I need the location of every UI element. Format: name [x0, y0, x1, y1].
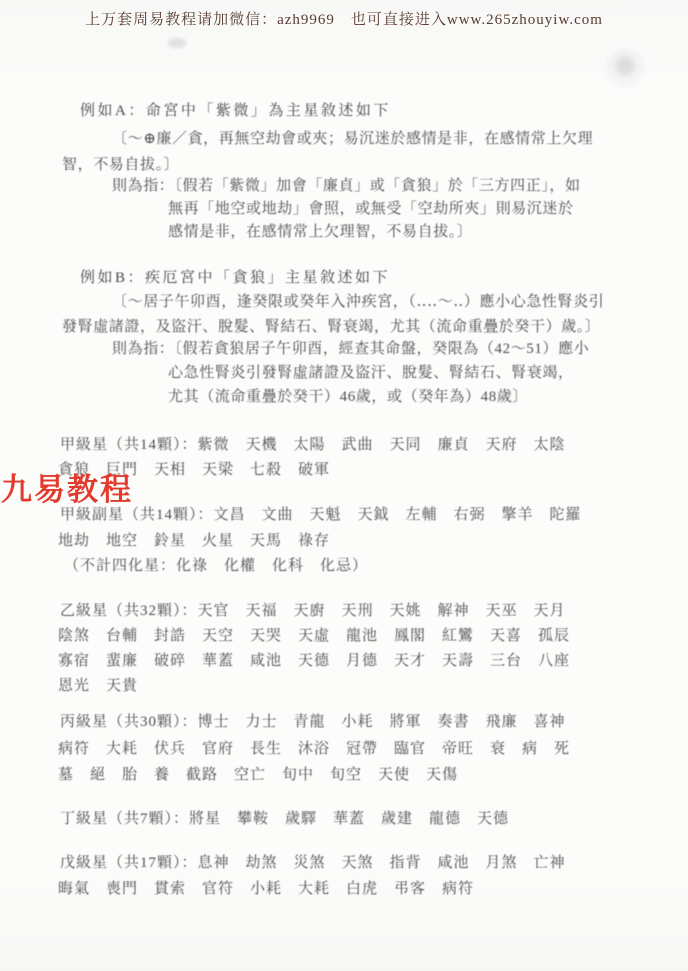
- section-b-quote-line: 發腎虛諸證，及盜汗、脫髮、腎結石、腎衰竭，尤其（流命重疊於癸干）歲。〕: [62, 315, 601, 336]
- star-section-label: 乙級星（共32顆）：: [60, 603, 198, 619]
- section-a-quote-line: 智，不易自拔。〕: [62, 153, 179, 174]
- star-list-bing-line: 病符 大耗 伏兵 官府 長生 沐浴 冠帶 臨官 帝旺 衰 病 死: [58, 737, 570, 758]
- star-list-jiafu-line: 地劫 地空 鈴星 火星 天馬 祿存: [58, 529, 330, 550]
- star-list: 息神 劫煞 災煞 天煞 指背 咸池 月煞 亡神: [198, 855, 566, 871]
- star-list-bing-line: 墓 絕 胎 養 截路 空亡 旬中 旬空 天使 天傷: [58, 763, 458, 784]
- star-list: 將星 攀鞍 歲驛 華蓋 歲建 龍德 天德: [189, 811, 509, 827]
- star-section-label: 丙級星（共30顆）：: [60, 714, 198, 730]
- section-a-heading: 例如A：命宮中「紫微」為主星敘述如下: [80, 99, 391, 120]
- section-b-heading: 例如B：疾厄宮中「貪狼」主星敘述如下: [80, 266, 390, 287]
- star-list-ding-line: 丁級星（共7顆）：將星 攀鞍 歲驛 華蓋 歲建 龍德 天德: [60, 807, 509, 828]
- section-a-explain-line: 感情是非，在感情常上欠理智，不易自拔。〕: [168, 220, 473, 241]
- star-list: 博士 力士 青龍 小耗 將軍 奏書 飛廉 喜神: [198, 714, 566, 730]
- section-b-explain-line: 則為指：〔假若貪狼居子午卯酉，經查其命盤，癸限為（42～51）應小: [112, 337, 589, 358]
- star-list-bing-line: 丙級星（共30顆）：博士 力士 青龍 小耗 將軍 奏書 飛廉 喜神: [60, 710, 566, 731]
- star-section-label: 甲級星（共14顆）：: [60, 437, 198, 453]
- section-a-explain-line: 則為指：〔假若「紫微」加會「廉貞」或「貪狼」於「三方四正」，如: [112, 174, 581, 195]
- star-list: 文昌 文曲 天魁 天鉞 左輔 右弼 擎羊 陀羅: [214, 507, 582, 523]
- star-list: 天官 天福 天廚 天刑 天姚 解神 天巫 天月: [198, 603, 566, 619]
- section-b-explain-line: 尤其（流命重疊於癸干）46歲，或（癸年為）48歲〕: [168, 385, 528, 406]
- section-a-quote-line: 〔～⊕廉／貪，再無空劫會或夾；易沉迷於感情是非，在感情常上欠理: [112, 127, 593, 148]
- star-list-jia-line: 甲級星（共14顆）：紫微 天機 太陽 武曲 天同 廉貞 天府 太陰: [60, 433, 566, 454]
- section-a-explain-line: 無再「地空或地劫」會照，或無受「空劫所夾」則易沉迷於: [168, 197, 574, 218]
- watermark-logo: 九易教程: [1, 464, 133, 509]
- star-list-wu-line: 戊級星（共17顆）：息神 劫煞 災煞 天煞 指背 咸池 月煞 亡神: [60, 851, 566, 872]
- star-list-yi-line: 恩光 天貴: [58, 674, 138, 695]
- scan-smudge: [168, 38, 186, 48]
- star-list-yi-line: 乙級星（共32顆）：天官 天福 天廚 天刑 天姚 解神 天巫 天月: [60, 599, 566, 620]
- star-section-label: 戊級星（共17顆）：: [60, 855, 198, 871]
- star-list-wu-line: 晦氣 喪門 貫索 官符 小耗 大耗 白虎 弔客 病符: [58, 877, 474, 898]
- section-b-explain-line: 心急性腎炎引發腎虛諸證及盜汗、脫髮、腎結石、腎衰竭，: [168, 361, 574, 382]
- star-list: 紫微 天機 太陽 武曲 天同 廉貞 天府 太陰: [198, 437, 566, 453]
- header-banner: 上万套周易教程请加微信：azh9969 也可直接进入www.265zhouyiw…: [0, 8, 688, 29]
- scanned-book-page: 上万套周易教程请加微信：azh9969 也可直接进入www.265zhouyiw…: [0, 0, 688, 971]
- star-list-jiafu-note: （不計四化星：化祿 化權 化科 化忌）: [64, 554, 368, 575]
- star-section-label: 甲級副星（共14顆）：: [60, 507, 214, 523]
- star-list-yi-line: 陰煞 台輔 封誥 天空 天哭 天虛 龍池 鳳閣 紅鸞 天喜 孤辰: [58, 624, 570, 645]
- star-list-jiafu-line: 甲級副星（共14顆）：文昌 文曲 天魁 天鉞 左輔 右弼 擎羊 陀羅: [60, 503, 582, 524]
- section-b-quote-line: 〔～居子午卯酉，逢癸限或癸年入沖疾宮，（‥‥～‥）應小心急性腎炎引: [112, 290, 604, 311]
- faint-stamp-mark: [604, 48, 646, 88]
- star-section-label: 丁級星（共7顆）：: [60, 811, 189, 827]
- star-list-yi-line: 寡宿 蜚廉 破碎 華蓋 咸池 天德 月德 天才 天壽 三台 八座: [58, 649, 570, 670]
